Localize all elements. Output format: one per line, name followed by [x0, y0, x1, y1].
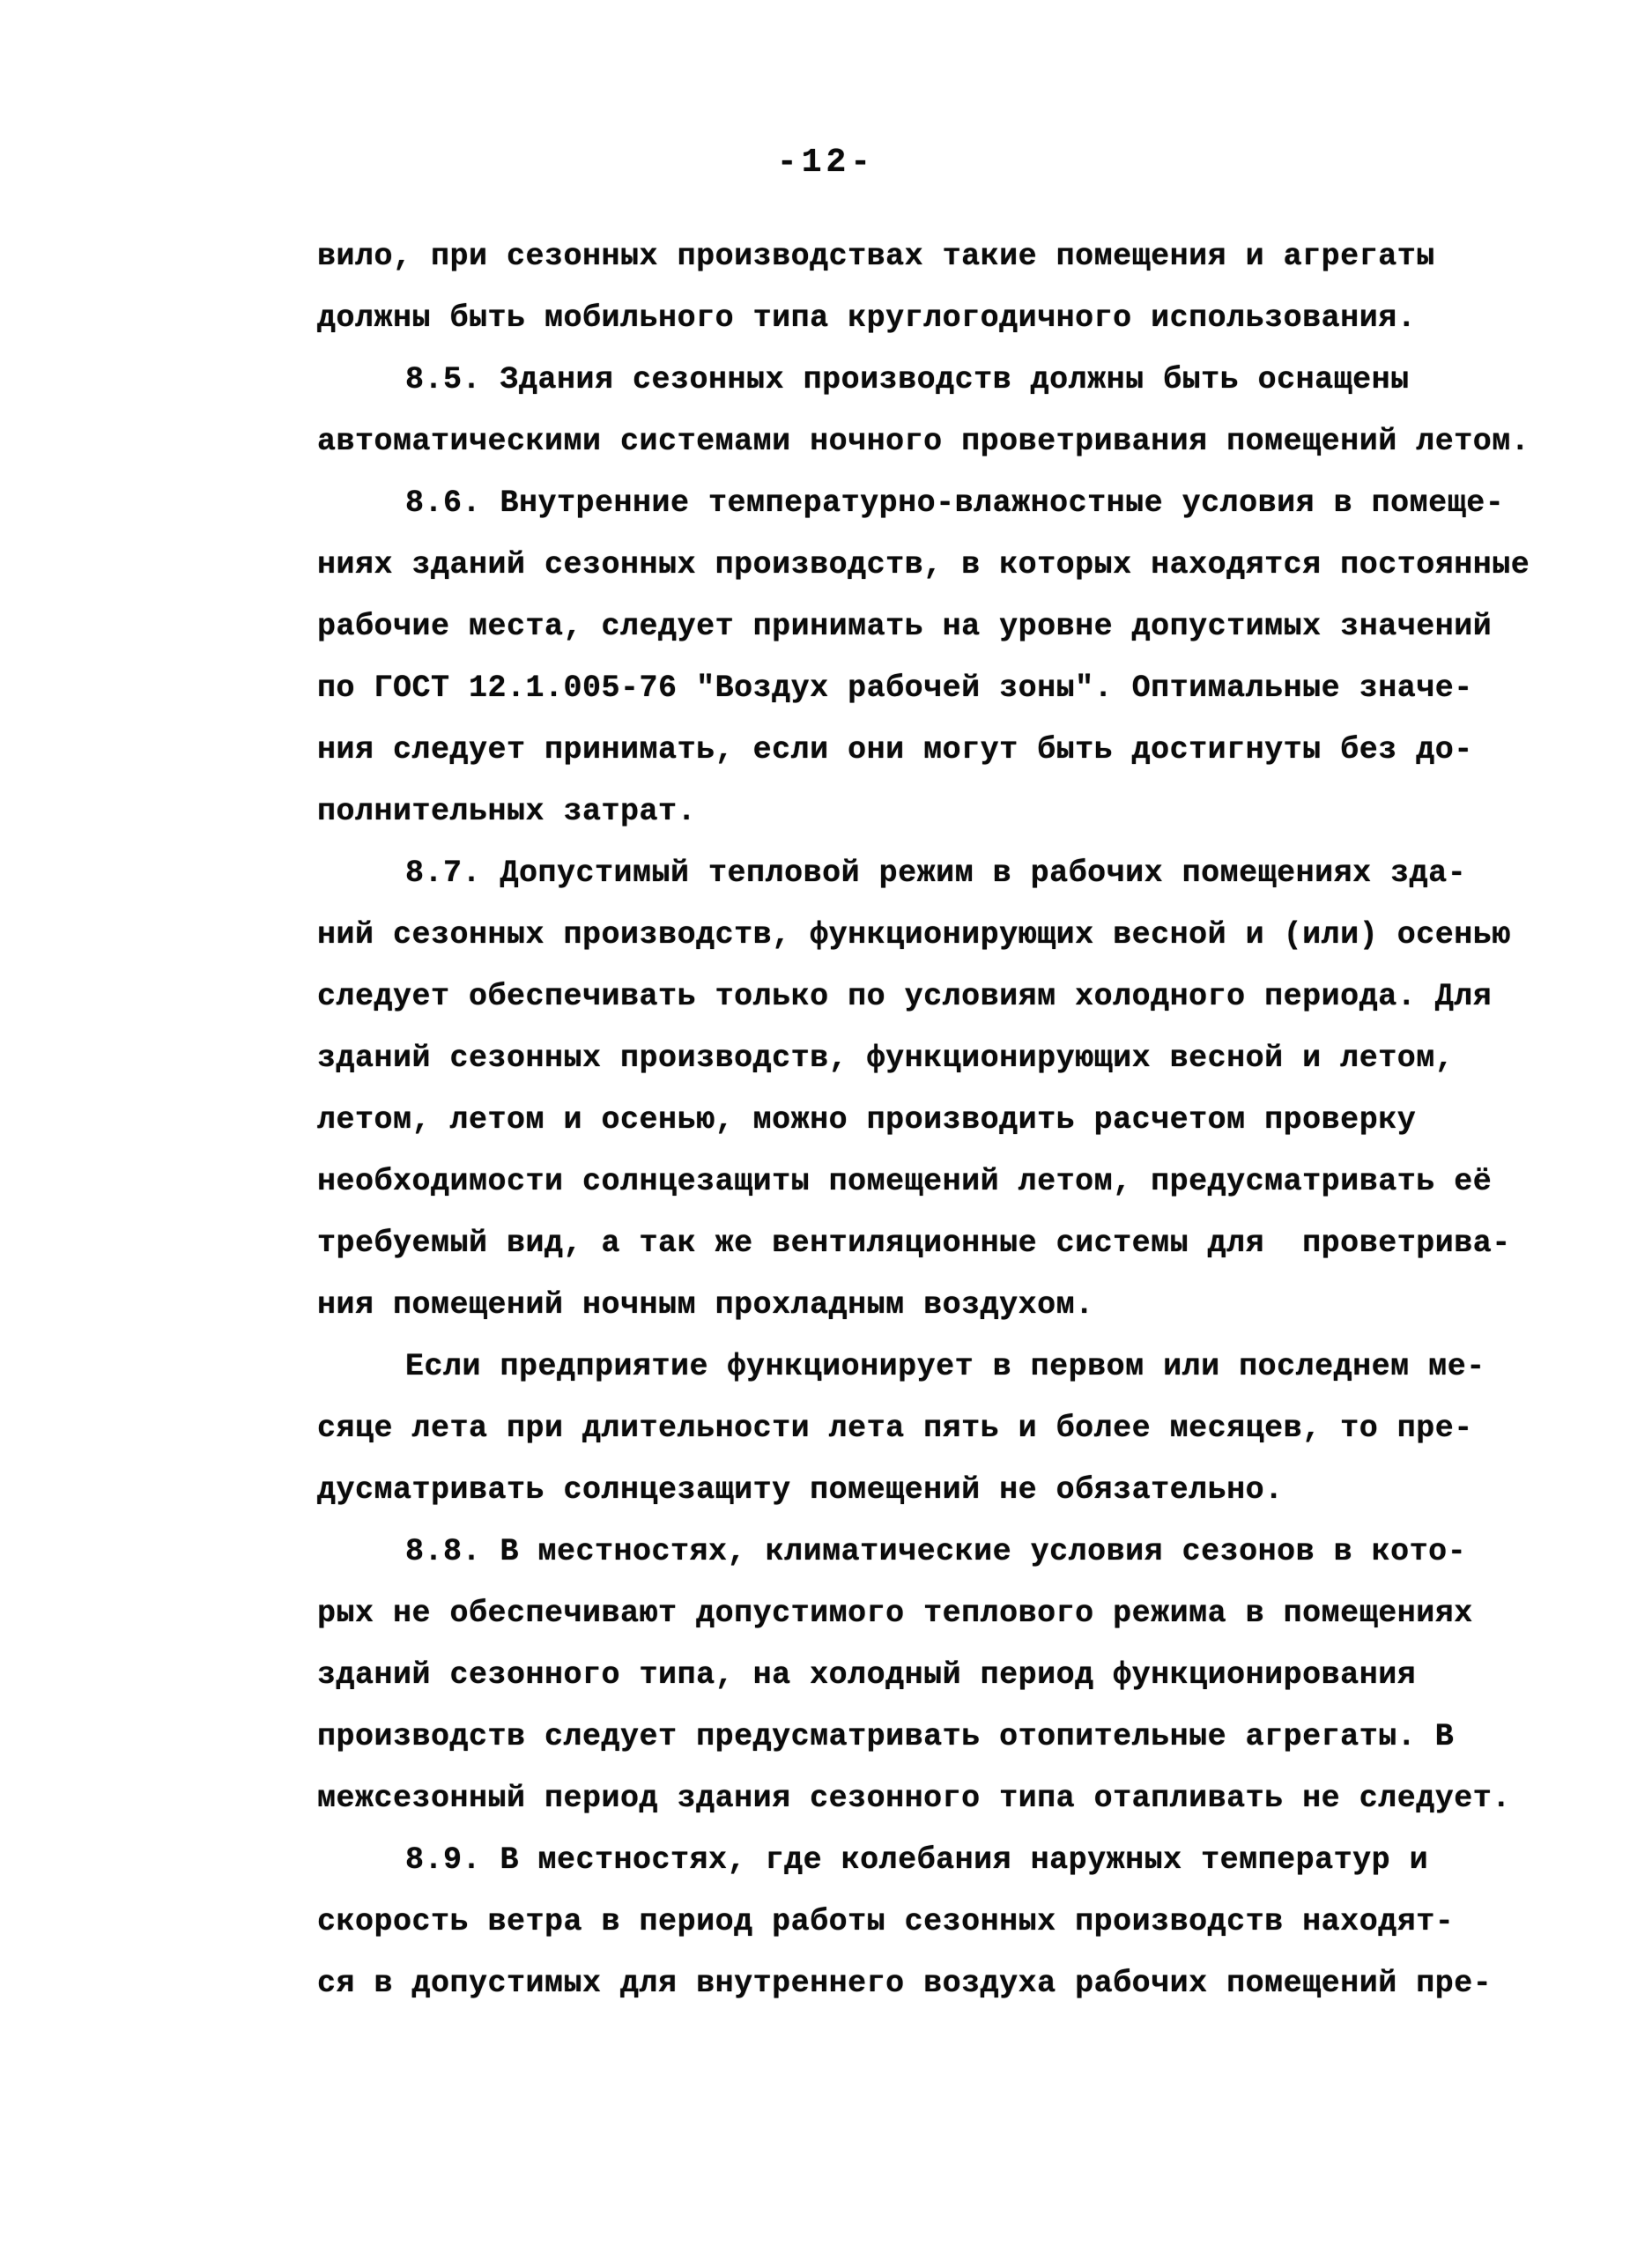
text-line: ся в допустимых для внутреннего воздуха … [317, 1953, 1551, 2014]
text-line: ния помещений ночным прохладным воздухом… [317, 1274, 1551, 1336]
text-line: рых не обеспечивают допустимого тепловог… [317, 1582, 1551, 1644]
text-line: летом, летом и осенью, можно производить… [317, 1089, 1551, 1151]
document-body: вило, при сезонных производствах такие п… [317, 226, 1551, 2014]
text-line: автоматическими системами ночного провет… [317, 411, 1551, 472]
text-line: вило, при сезонных производствах такие п… [317, 226, 1551, 287]
text-line-section-8-9: 8.9. В местностях, где колебания наружны… [317, 1829, 1551, 1891]
text-line-section-8-7: 8.7. Допустимый тепловой режим в рабочих… [317, 842, 1551, 904]
text-line: необходимости солнцезащиты помещений лет… [317, 1151, 1551, 1212]
text-line: рабочие места, следует принимать на уров… [317, 596, 1551, 657]
text-line: зданий сезонного типа, на холодный перио… [317, 1644, 1551, 1706]
text-line-paragraph: Если предприятие функционирует в первом … [317, 1336, 1551, 1397]
text-line: зданий сезонных производств, функциониру… [317, 1027, 1551, 1089]
text-line: дусматривать солнцезащиту помещений не о… [317, 1459, 1551, 1521]
text-line: требуемый вид, а так же вентиляционные с… [317, 1212, 1551, 1274]
text-line: сяце лета при длительности лета пять и б… [317, 1397, 1551, 1459]
page-number: -12- [0, 144, 1652, 182]
text-line: должны быть мобильного типа круглогодичн… [317, 287, 1551, 349]
text-line: ния следует принимать, если они могут бы… [317, 719, 1551, 781]
text-line-section-8-5: 8.5. Здания сезонных производств должны … [317, 349, 1551, 411]
text-line: следует обеспечивать только по условиям … [317, 966, 1551, 1027]
text-line-section-8-6: 8.6. Внутренние температурно-влажностные… [317, 472, 1551, 534]
scanned-document-page: -12- вило, при сезонных производствах та… [0, 0, 1652, 2253]
text-line: ниях зданий сезонных производств, в кото… [317, 534, 1551, 596]
text-line: ний сезонных производств, функционирующи… [317, 904, 1551, 966]
text-line: межсезонный период здания сезонного типа… [317, 1768, 1551, 1829]
text-line: производств следует предусматривать отоп… [317, 1706, 1551, 1768]
text-line: по ГОСТ 12.1.005-76 "Воздух рабочей зоны… [317, 657, 1551, 719]
text-line: скорость ветра в период работы сезонных … [317, 1891, 1551, 1953]
text-line: полнительных затрат. [317, 781, 1551, 842]
text-line-section-8-8: 8.8. В местностях, климатические условия… [317, 1521, 1551, 1582]
